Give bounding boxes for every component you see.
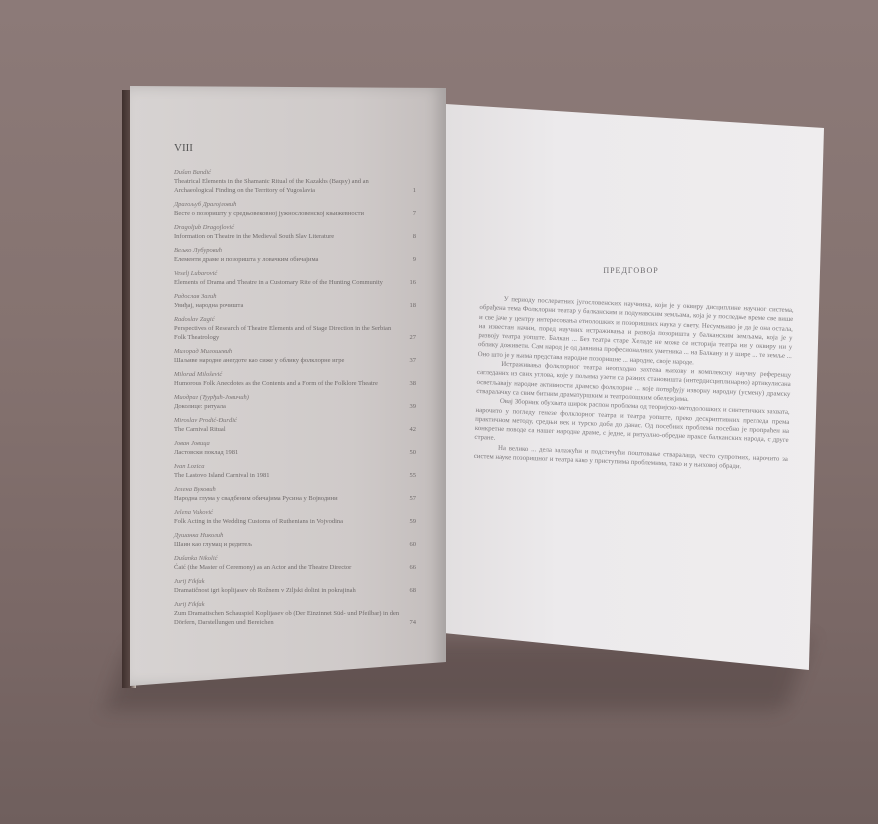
toc-title: Увиђај, народна рочишта xyxy=(174,301,400,310)
toc-author: Veselj Lubarović xyxy=(174,269,416,278)
toc-page-number: 66 xyxy=(400,563,416,572)
toc-entry: Jurij FikfakZum Dramatischen Schauspiel … xyxy=(174,600,416,627)
toc-page-number: 18 xyxy=(400,301,416,310)
toc-entry: Вељко ЛубуровићЕлементи драме и позоришт… xyxy=(174,246,416,264)
toc-title: Dramatičnost igri koplijasev ob Rožnem v… xyxy=(174,586,400,595)
toc-title: Доколице: ритуала xyxy=(174,402,400,411)
toc-author: Милорад Милошевић xyxy=(174,347,416,356)
toc-title: Information on Theatre in the Medieval S… xyxy=(174,232,400,241)
toc-author: Jelena Vuković xyxy=(174,508,416,517)
toc-title: Ćaić (the Master of Ceremony) as an Acto… xyxy=(174,563,400,572)
toc-page-number: 57 xyxy=(400,494,416,503)
toc-page-number: 68 xyxy=(400,586,416,595)
toc-author: Душанка Николић xyxy=(174,531,416,540)
toc-author: Јелена Вуковић xyxy=(174,485,416,494)
toc-title: The Carnival Ritual xyxy=(174,425,400,434)
page-number: VIII xyxy=(174,142,193,154)
toc-page-number: 8 xyxy=(400,232,416,241)
toc-author: Dušan Bandić xyxy=(174,168,416,177)
toc-entry: Милорад МилошевићШаљиве народне анегдоте… xyxy=(174,347,416,365)
toc-author: Миодраг (Ђурђић-Јовичић) xyxy=(174,393,416,402)
toc-author: Milorad Milošević xyxy=(174,370,416,379)
toc-page-number: 7 xyxy=(400,209,416,218)
preface-body: У периоду послератних југословенских нау… xyxy=(474,294,794,473)
toc-title: Шаљиве народне анегдоте као сиже у облик… xyxy=(174,356,400,365)
toc-page-number: 9 xyxy=(400,255,416,264)
preface-heading: ПРЕДГОВОР xyxy=(566,266,696,275)
toc-entry: Радослав ЗагићУвиђај, народна рочишта18 xyxy=(174,292,416,310)
preface-paragraph: У периоду послератних југословенских нау… xyxy=(478,294,794,371)
toc-title: Zum Dramatischen Schauspiel Koplijasev o… xyxy=(174,609,400,627)
toc-entry: Milorad MiloševićHumorous Folk Anecdotes… xyxy=(174,370,416,388)
toc-author: Драгољуб Драгојловић xyxy=(174,200,416,209)
toc-page-number: 60 xyxy=(400,540,416,549)
toc-title: Весте о позоришту у средњовековној јужно… xyxy=(174,209,400,218)
toc-author: Radoslav Zagić xyxy=(174,315,416,324)
toc-title: Humorous Folk Anecdotes as the Contents … xyxy=(174,379,400,388)
toc-author: Miroslav Prodić-Đurđić xyxy=(174,416,416,425)
toc-page-number: 38 xyxy=(400,379,416,388)
toc-author: Радослав Загић xyxy=(174,292,416,301)
toc-title: Folk Acting in the Wedding Customs of Ru… xyxy=(174,517,400,526)
toc-entry: Ivan LozicaThe Lastovo Island Carnival i… xyxy=(174,462,416,480)
toc-entry: Radoslav ZagićPerspectives of Research o… xyxy=(174,315,416,342)
toc-entry: Dušan BandićTheatrical Elements in the S… xyxy=(174,168,416,195)
toc-entry: Veselj LubarovićElements of Drama and Th… xyxy=(174,269,416,287)
toc-page-number: 42 xyxy=(400,425,416,434)
toc-title: Perspectives of Research of Theatre Elem… xyxy=(174,324,400,342)
table-of-contents: Dušan BandićTheatrical Elements in the S… xyxy=(174,168,416,632)
toc-entry: Драгољуб ДрагојловићВесте о позоришту у … xyxy=(174,200,416,218)
toc-page-number: 39 xyxy=(400,402,416,411)
toc-entry: Миодраг (Ђурђић-Јовичић)Доколице: ритуал… xyxy=(174,393,416,411)
toc-title: Елементи драме и позоришта у ловачким об… xyxy=(174,255,400,264)
toc-entry: Miroslav Prodić-ĐurđićThe Carnival Ritua… xyxy=(174,416,416,434)
toc-title: Народна глума у свадбеним обичајима Руси… xyxy=(174,494,400,503)
toc-page-number: 27 xyxy=(400,333,416,342)
toc-page-number: 37 xyxy=(400,356,416,365)
left-page: VIII Dušan BandićTheatrical Elements in … xyxy=(130,86,446,686)
toc-page-number: 59 xyxy=(400,517,416,526)
toc-entry: Dragoljub DragojlovićInformation on Thea… xyxy=(174,223,416,241)
toc-author: Jurij Fikfak xyxy=(174,577,416,586)
toc-entry: Jelena VukovićFolk Acting in the Wedding… xyxy=(174,508,416,526)
right-page: ПРЕДГОВОР У периоду послератних југослов… xyxy=(446,104,824,670)
photo-scene: VIII Dušan BandićTheatrical Elements in … xyxy=(0,0,878,824)
toc-entry: Јован ЈовицаЛастовски поклад 198150 xyxy=(174,439,416,457)
toc-page-number: 50 xyxy=(400,448,416,457)
toc-title: Elements of Drama and Theatre in a Custo… xyxy=(174,278,400,287)
toc-entry: Душанка НиколићШаин као глумац и редитељ… xyxy=(174,531,416,549)
toc-author: Ivan Lozica xyxy=(174,462,416,471)
toc-author: Вељко Лубуровић xyxy=(174,246,416,255)
toc-title: Ластовски поклад 1981 xyxy=(174,448,400,457)
toc-entry: Jurij FikfakDramatičnost igri koplijasev… xyxy=(174,577,416,595)
toc-author: Јован Јовица xyxy=(174,439,416,448)
toc-title: Шаин као глумац и редитељ xyxy=(174,540,400,549)
toc-entry: Јелена ВуковићНародна глума у свадбеним … xyxy=(174,485,416,503)
toc-author: Jurij Fikfak xyxy=(174,600,416,609)
toc-title: Theatrical Elements in the Shamanic Ritu… xyxy=(174,177,400,195)
toc-title: The Lastovo Island Carnival in 1981 xyxy=(174,471,400,480)
toc-author: Dušanka Nikolić xyxy=(174,554,416,563)
toc-page-number: 1 xyxy=(400,186,416,195)
toc-page-number: 16 xyxy=(400,278,416,287)
toc-entry: Dušanka NikolićĆaić (the Master of Cerem… xyxy=(174,554,416,572)
toc-page-number: 55 xyxy=(400,471,416,480)
toc-page-number: 74 xyxy=(400,618,416,627)
toc-author: Dragoljub Dragojlović xyxy=(174,223,416,232)
